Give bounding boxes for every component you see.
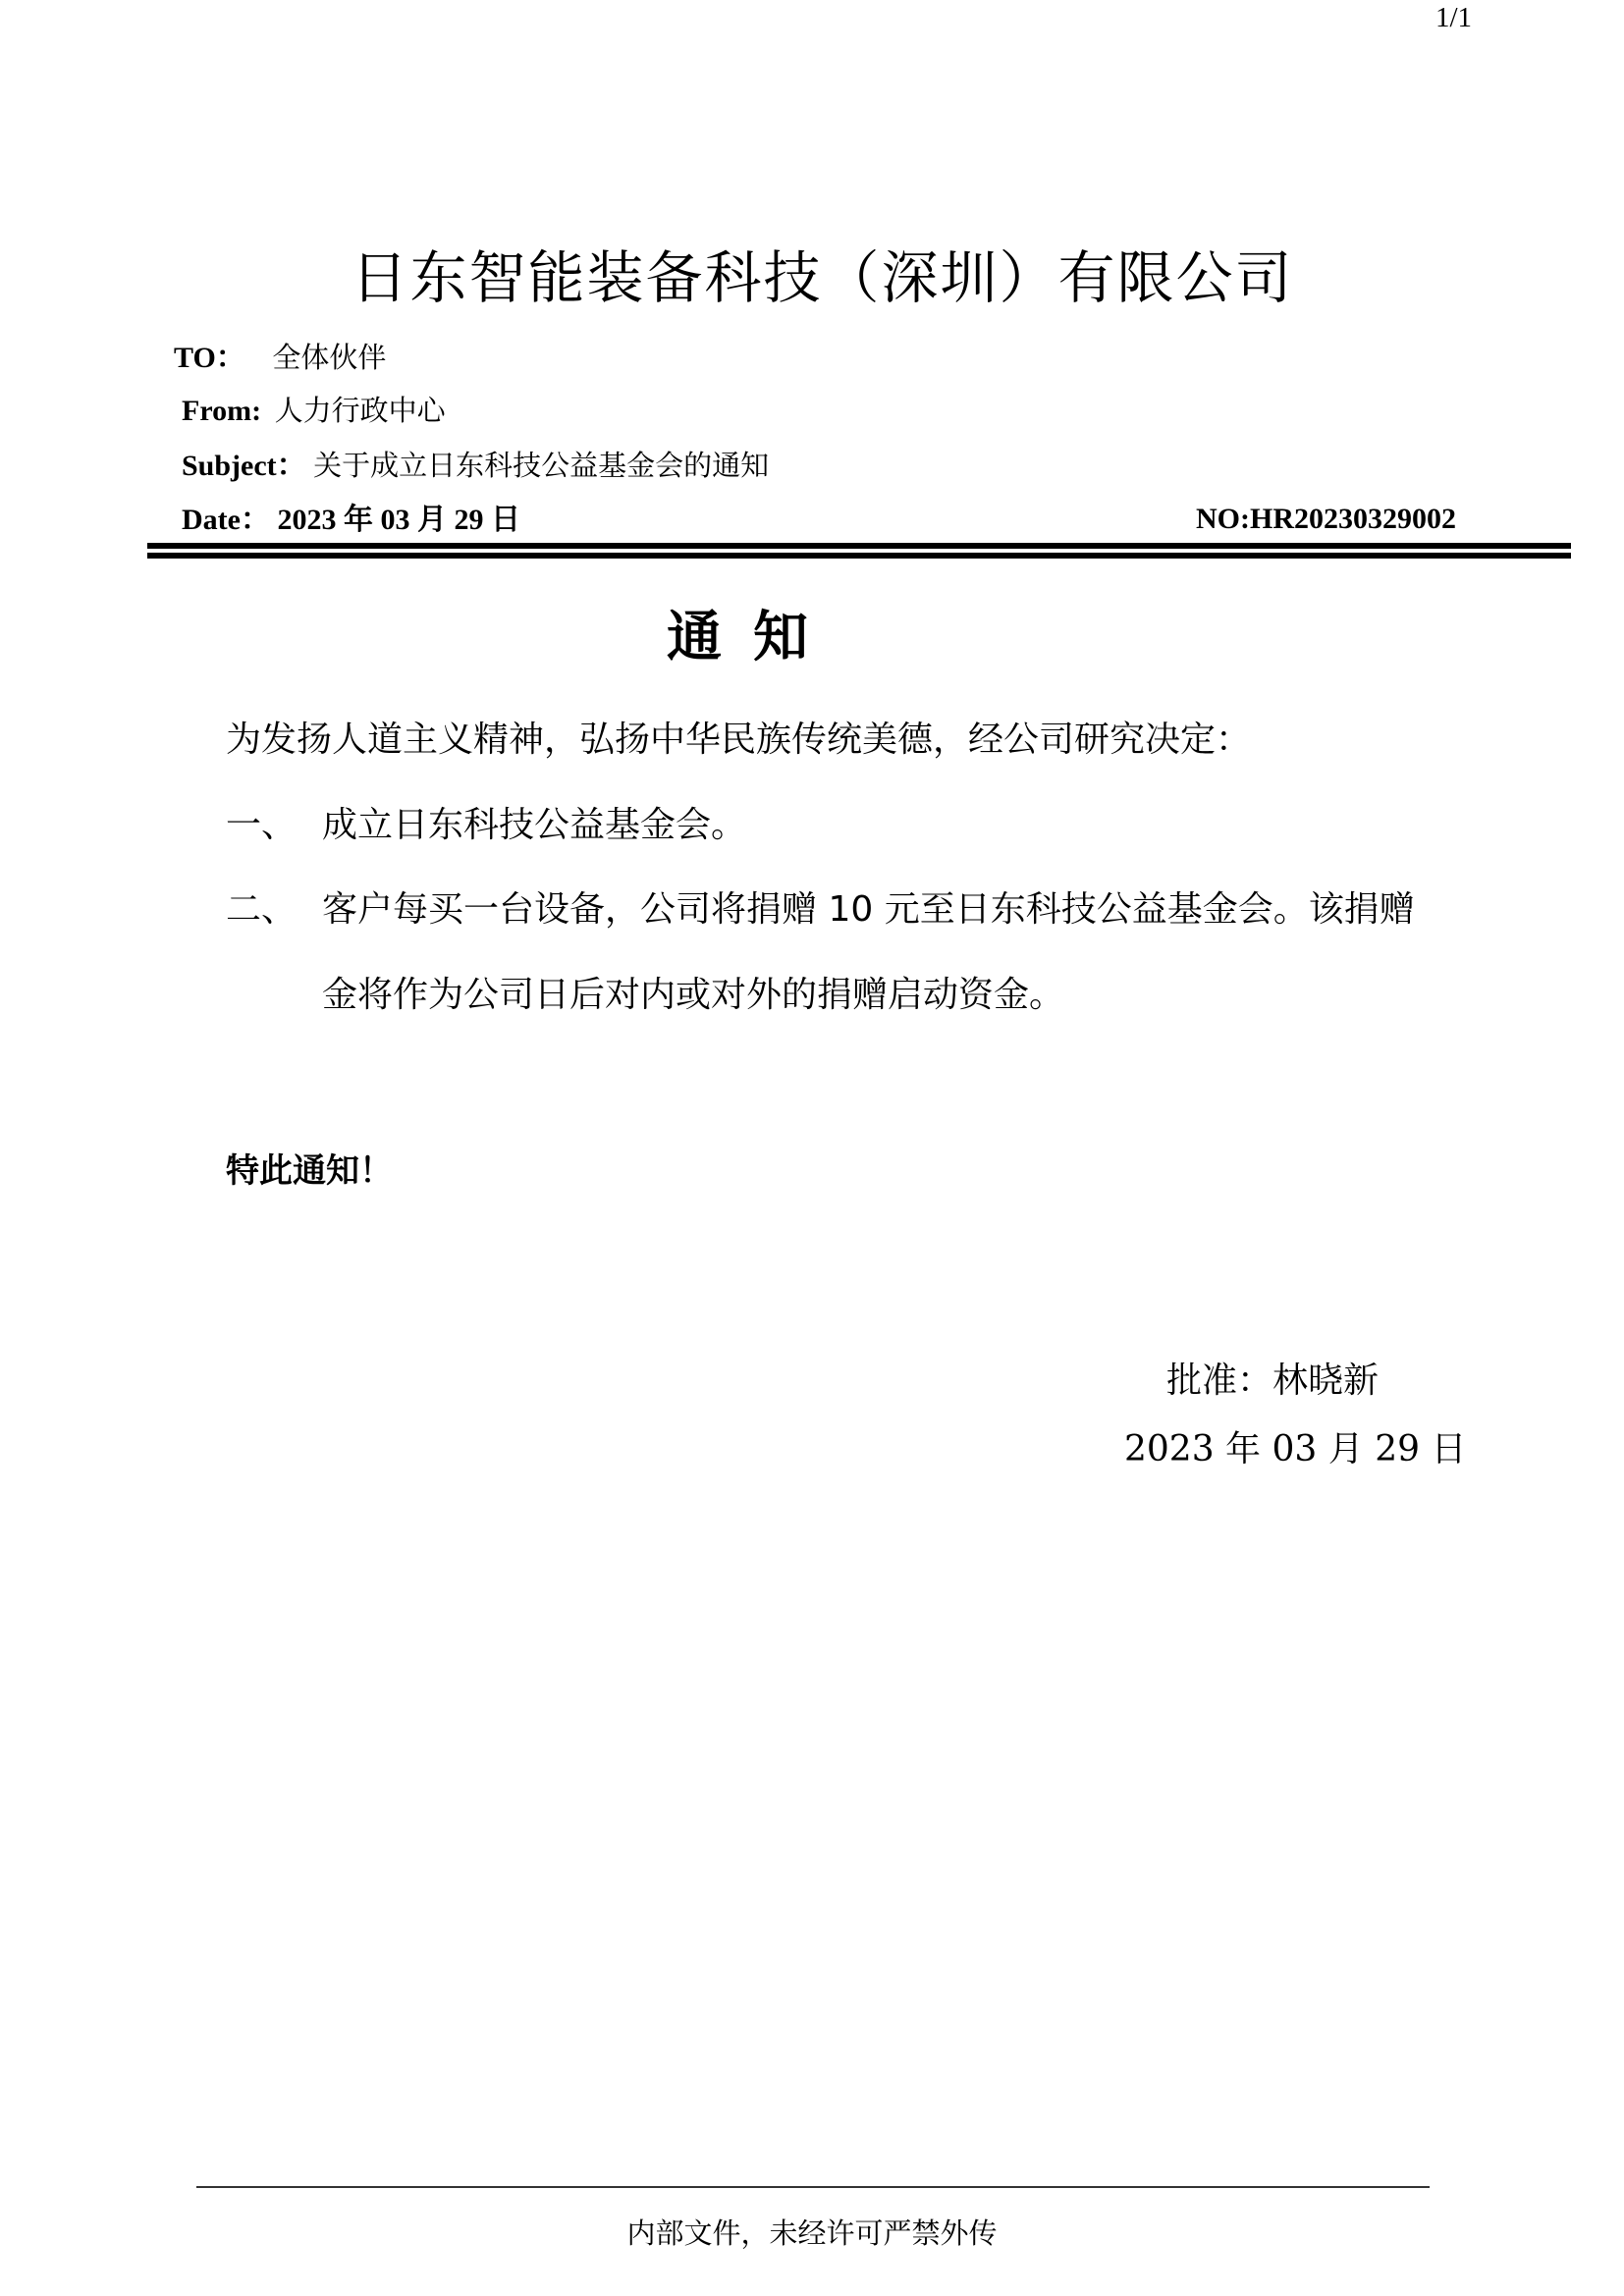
notice-item-1: 一、成立日东科技公益基金会。 bbox=[226, 797, 746, 847]
from-row: From: 人力行政中心 bbox=[182, 393, 446, 429]
from-label: From: bbox=[182, 395, 261, 427]
notice-item-2: 二、客户每买一台设备，公司将捐赠 10 元至日东科技公益基金会。该捐赠 bbox=[226, 881, 1415, 932]
subject-row: Subject： 关于成立日东科技公益基金会的通知 bbox=[182, 448, 769, 484]
company-title: 日东智能装备科技（深圳）有限公司 bbox=[0, 232, 1306, 314]
footer-divider bbox=[196, 2186, 1430, 2188]
company-name: 日东智能装备科技（深圳）有限公司 bbox=[351, 232, 1293, 314]
date-row: Date： 2023 年 03 月 29 日 bbox=[182, 503, 520, 538]
document-number: NO:HR20230329002 bbox=[1196, 503, 1456, 536]
item-2-marker: 二、 bbox=[226, 881, 322, 932]
header-divider-bottom bbox=[147, 553, 1571, 559]
subject-value: 关于成立日东科技公益基金会的通知 bbox=[313, 449, 769, 482]
date-value: 2023 年 03 月 29 日 bbox=[277, 504, 520, 536]
page-number: 1/1 bbox=[1435, 2, 1472, 34]
from-value: 人力行政中心 bbox=[275, 394, 446, 427]
item-2-text: 客户每买一台设备，公司将捐赠 10 元至日东科技公益基金会。该捐赠 bbox=[322, 889, 1415, 930]
footer-text: 内部文件，未经许可严禁外传 bbox=[626, 2212, 997, 2252]
item-1-marker: 一、 bbox=[226, 797, 322, 847]
approval-signature: 批准：林晓新 bbox=[1166, 1353, 1379, 1403]
footer-confidentiality: 内部文件，未经许可严禁外传 bbox=[0, 2212, 1624, 2252]
notice-item-2-continuation: 金将作为公司日后对内或对外的捐赠启动资金。 bbox=[322, 967, 1064, 1017]
closing-remark: 特此通知！ bbox=[226, 1144, 393, 1192]
item-1-text: 成立日东科技公益基金会。 bbox=[322, 805, 746, 845]
to-value: 全体伙伴 bbox=[272, 341, 386, 374]
notice-heading-text: 通知 bbox=[667, 594, 839, 672]
approval-date: 2023 年 03 月 29 日 bbox=[1124, 1421, 1466, 1471]
date-label: Date： bbox=[182, 504, 270, 536]
to-label: TO： bbox=[174, 342, 245, 374]
notice-heading: 通知 bbox=[0, 594, 1624, 672]
notice-intro: 为发扬人道主义精神，弘扬中华民族传统美德，经公司研究决定： bbox=[226, 712, 1251, 762]
subject-label: Subject： bbox=[182, 450, 306, 482]
header-divider-top bbox=[147, 543, 1571, 549]
to-row: TO： 全体伙伴 bbox=[174, 340, 386, 376]
